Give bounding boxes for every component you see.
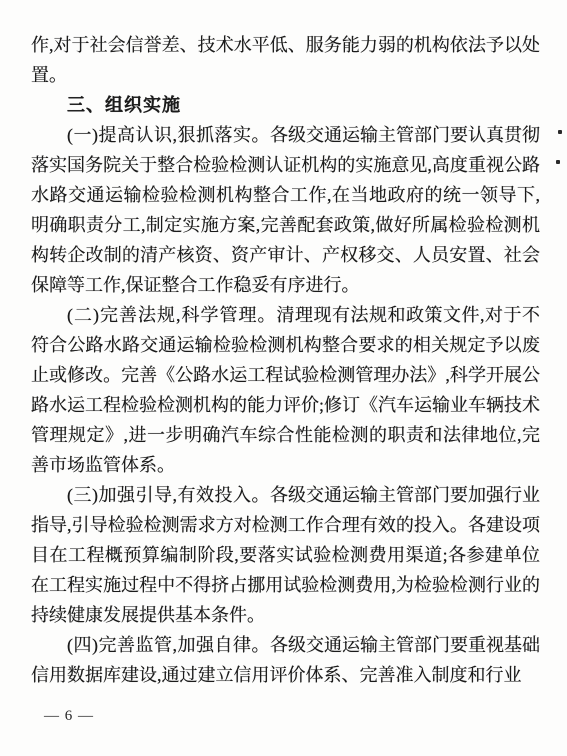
paragraph-1-lead: (一)提高认识,狠抓落实。 xyxy=(67,125,270,145)
paragraph-item-3: (三)加强引导,有效投入。各级交通运输主管部门要加强行业指导,引导检验检测需求方… xyxy=(31,480,540,630)
paragraph-1-body: 各级交通运输主管部门要认真贯彻落实国务院关于整合检验检测认证机构的实施意见,高度… xyxy=(31,125,540,295)
paragraph-item-4: (四)完善监管,加强自律。各级交通运输主管部门要重视基础信用数据库建设,通过建立… xyxy=(31,630,540,690)
paragraph-4-lead: (四)完善监管,加强自律。 xyxy=(67,635,270,655)
scan-speck xyxy=(556,160,560,164)
paragraph-3-lead: (三)加强引导,有效投入。 xyxy=(67,485,270,505)
scan-speck xyxy=(558,130,562,134)
paragraph-item-1: (一)提高认识,狠抓落实。各级交通运输主管部门要认真贯彻落实国务院关于整合检验检… xyxy=(31,120,540,300)
paragraph-item-2: (二)完善法规,科学管理。清理现有法规和政策文件,对于不符合公路水路交通运输检验… xyxy=(31,300,540,480)
paragraph-2-body: 清理现有法规和政策文件,对于不符合公路水路交通运输检验检测机构整合要求的相关规定… xyxy=(31,305,540,475)
page-number: — 6 — xyxy=(44,702,94,730)
paragraph-2-lead: (二)完善法规,科学管理。 xyxy=(67,305,277,325)
paragraph-continuation: 作,对于社会信誉差、技术水平低、服务能力弱的机构依法予以处置。 xyxy=(31,30,540,90)
scanned-document-page: 作,对于社会信誉差、技术水平低、服务能力弱的机构依法予以处置。 三、组织实施 (… xyxy=(0,0,567,756)
section-heading: 三、组织实施 xyxy=(31,90,540,120)
paragraph-3-body: 各级交通运输主管部门要加强行业指导,引导检验检测需求方对检测工作合理有效的投入。… xyxy=(31,485,540,625)
